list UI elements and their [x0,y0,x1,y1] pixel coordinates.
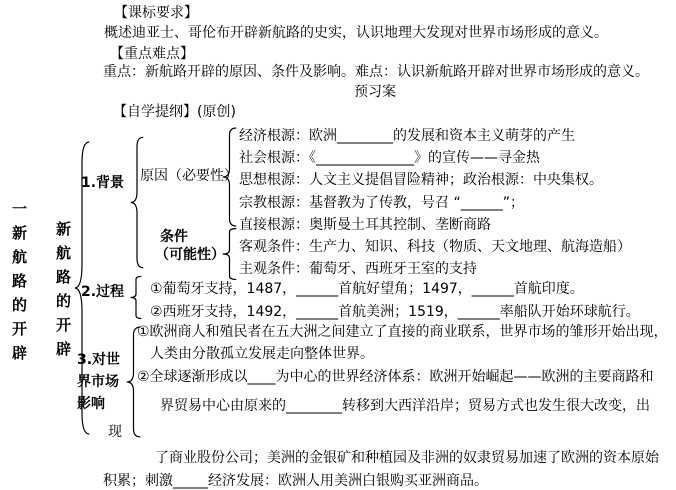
process-line-spain: ②西班牙支持，1492，______首航美洲；1519，______率船队开始环… [150,304,640,320]
cause-line-religion: 宗教根源：基督教为了传教，号召 “______”； [239,195,524,211]
cause-line-ideology: 思想根源：人文主义提倡冒险精神；政治根源：中央集权。 [239,172,603,188]
course-standard-text: 概述迪亚士、哥伦布开辟新航路的史实，认识地理大发现对世界市场形成的意义。 [104,25,608,41]
course-standard-heading: 【课标要求】 [114,5,198,21]
impact-label-line2: 界市场 [77,374,119,390]
unit-title-vertical: 一新航路的开辟 [11,197,28,365]
impact-label-line1: 3.对世 [77,352,120,368]
condition-line-subjective: 主观条件：葡萄牙、西班牙王室的支持 [239,261,477,277]
process-label: 2.过程 [81,284,124,300]
impact-line-7: 积累；刺激_____经济发展：欧洲人用美洲白银购买亚洲商品。 [103,473,488,489]
topic-title-vertical: 新航路的开辟 [55,217,72,361]
cause-line-direct: 直接根源：奥斯曼土耳其控制、垄断商路 [239,217,491,233]
impact-line-1: ①欧洲商人和殖民者在五大洲之间建立了直接的商业联系，世界市场的雏形开始出现， [137,324,668,340]
key-points-heading: 【重点难点】 [110,46,194,62]
impact-line-6: 了商业股份公司；美洲的金银矿和种植园及非洲的奴隶贸易加速了欧洲的资本原始 [155,450,659,466]
process-line-portugal: ①葡萄牙支持，1487，______首航好望角；1497，______首航印度。 [150,281,584,297]
condition-line-objective: 客观条件：生产力、知识、科技（物质、天文地理、航海造船） [239,239,631,255]
impact-line-2: 人类由分散孤立发展走向整体世界。 [150,346,374,362]
impact-line-3: ②全球逐渐形成以____为中心的世界经济体系：欧洲开始崛起——欧洲的主要商路和 [137,369,654,385]
preview-plan-title: 预习案 [354,84,396,100]
background-left-brace [130,136,144,269]
impact-line-4: 界贸易中心由原来的________转移到大西洋沿岸；贸易方式也发生很大改变，出 [160,398,650,414]
study-guide-page: 【课标要求】 概述迪亚士、哥伦布开辟新航路的史实，认识地理大发现对世界市场形成的… [0,0,676,490]
outline-heading: 【自学提纲】(原创) [113,104,236,120]
cause-label: 原因（必要性） [140,168,238,184]
condition-label-line2: （可能性） [155,247,225,263]
cause-line-economic: 经济根源：欧洲________的发展和资本主义萌芽的产生 [239,128,575,144]
impact-line-5: 现 [108,424,122,440]
key-points-text: 重点：新航路开辟的原因、条件及影响。难点：认识新航路开辟对世界市场形成的意义。 [103,64,649,80]
cause-line-social: 社会根源：《______________》的宣传——寻金热 [239,150,540,166]
impact-label-line3: 影响 [77,396,105,412]
background-label: 1.背景 [81,175,124,191]
process-left-brace [130,276,142,319]
condition-label-line1: 条件 [160,229,188,245]
